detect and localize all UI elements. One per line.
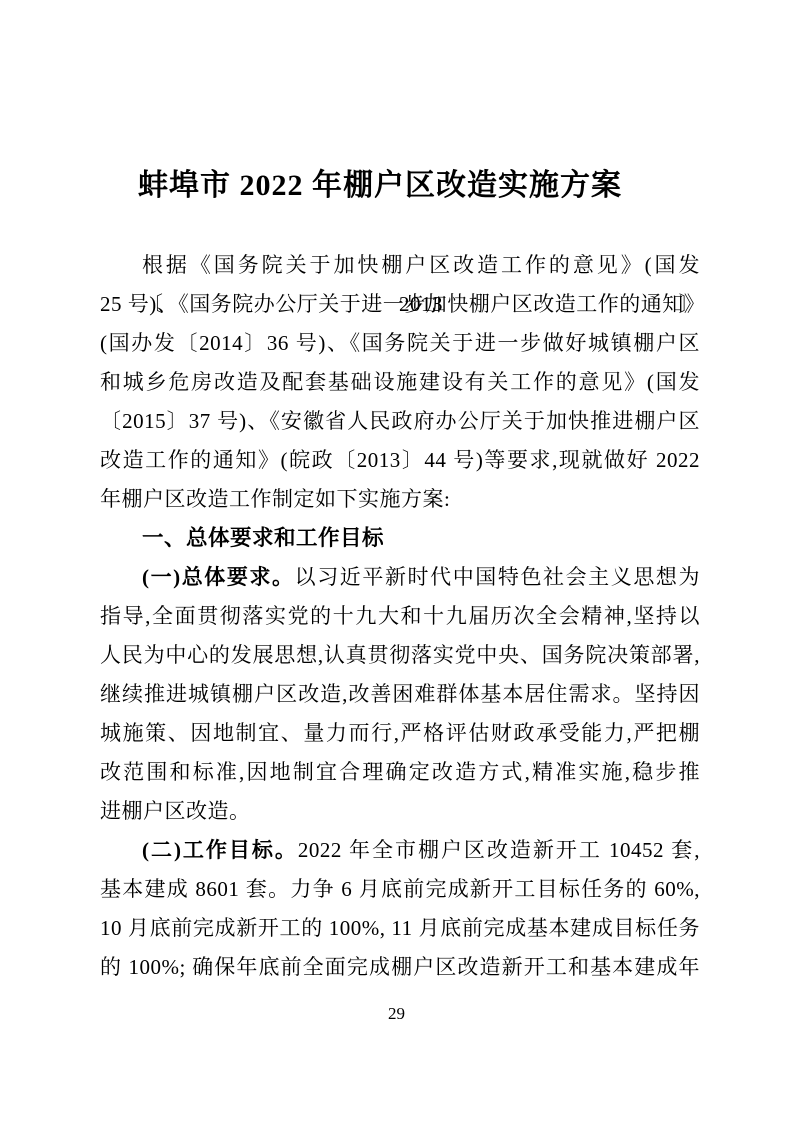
paragraph-line: 指导,全面贯彻落实党的十九大和十九届历次全会精神,坚持以	[100, 597, 700, 636]
paragraph-lead: (一)总体要求。	[142, 565, 295, 589]
document-title: 蚌埠市 2022 年棚户区改造实施方案	[90, 160, 670, 204]
paragraph-line: 根据《国务院关于加快棚户区改造工作的意见》(国发〔2013〕	[100, 246, 700, 285]
document-page: 蚌埠市 2022 年棚户区改造实施方案 根据《国务院关于加快棚户区改造工作的意见…	[0, 0, 793, 1122]
paragraph-line: 城施策、因地制宜、量力而行,严格评估财政承受能力,严把棚	[100, 714, 700, 753]
paragraph-line: 基本建成 8601 套。力争 6 月底前完成新开工目标任务的 60%,	[100, 870, 700, 909]
paragraph-line: 年棚户区改造工作制定如下实施方案:	[100, 480, 700, 519]
paragraph-line: 25 号)、《国务院办公厅关于进一步加快棚户区改造工作的通知》	[100, 285, 700, 324]
document-body: 根据《国务院关于加快棚户区改造工作的意见》(国发〔2013〕 25 号)、《国务…	[100, 246, 700, 987]
page-number: 29	[0, 1000, 793, 1028]
paragraph-text: 以习近平新时代中国特色社会主义思想为	[295, 565, 700, 589]
paragraph-line: 和城乡危房改造及配套基础设施建设有关工作的意见》(国发	[100, 363, 700, 402]
paragraph-line: (一)总体要求。以习近平新时代中国特色社会主义思想为	[100, 558, 700, 597]
paragraph-line: 〔2015〕37 号)、《安徽省人民政府办公厅关于加快推进棚户区	[100, 402, 700, 441]
section-heading: 一、总体要求和工作目标	[100, 519, 700, 558]
paragraph-line: (国办发〔2014〕36 号)、《国务院关于进一步做好城镇棚户区	[100, 324, 700, 363]
paragraph-line: 改范围和标准,因地制宜合理确定改造方式,精准实施,稳步推	[100, 753, 700, 792]
paragraph-line: (二)工作目标。2022 年全市棚户区改造新开工 10452 套,	[100, 831, 700, 870]
paragraph-text: 2022 年全市棚户区改造新开工 10452 套,	[298, 838, 700, 862]
paragraph-line: 10 月底前完成新开工的 100%, 11 月底前完成基本建成目标任务	[100, 909, 700, 948]
paragraph-lead: (二)工作目标。	[142, 838, 298, 862]
paragraph-line: 继续推进城镇棚户区改造,改善困难群体基本居住需求。坚持因	[100, 675, 700, 714]
paragraph-line: 进棚户区改造。	[100, 792, 700, 831]
paragraph-line: 的 100%; 确保年底前全面完成棚户区改造新开工和基本建成年	[100, 948, 700, 987]
paragraph-line: 人民为中心的发展思想,认真贯彻落实党中央、国务院决策部署,	[100, 636, 700, 675]
paragraph-line: 改造工作的通知》(皖政〔2013〕44 号)等要求,现就做好 2022	[100, 441, 700, 480]
